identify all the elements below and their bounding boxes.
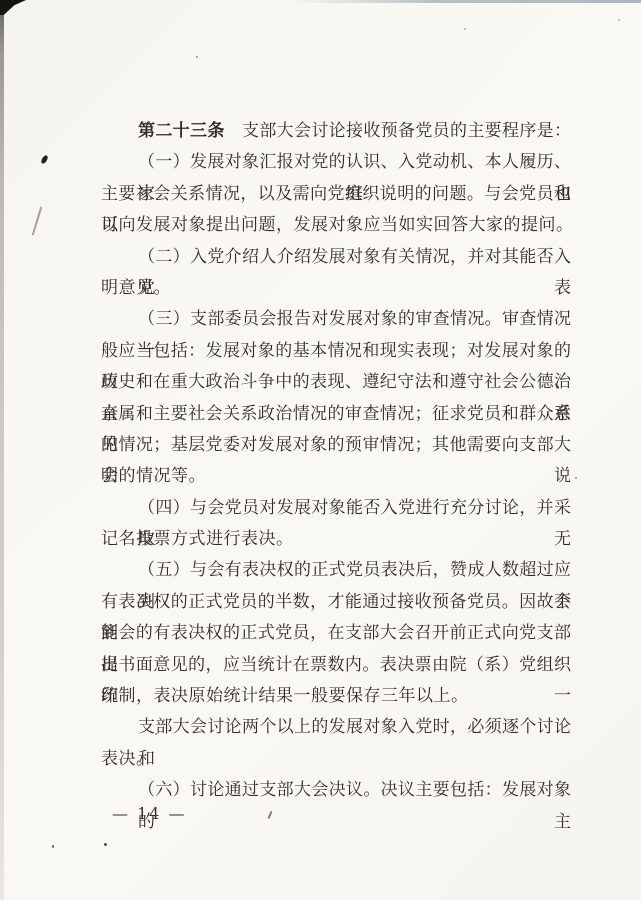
text-line-3: 主要社会关系情况，以及需向党组织说明的问题。与会党员也可 [101, 178, 571, 209]
text-line-content: 以向发展对象提出问题，发展对象应当如实回答大家的提问。 [101, 215, 574, 234]
text-line-content: 明意见。 [101, 278, 171, 297]
text-line-8: 般应当包括：发展对象的基本情况和现实表现；对发展对象的政治 [101, 335, 571, 366]
text-line-15: （五）与会有表决权的正式党员表决后，赞成人数超过应到会 [101, 554, 571, 585]
scanned-document-page: 第二十三条 支部大会讨论接收预备党员的主要程序是：（一）发展对象汇报对党的认识、… [0, 0, 641, 900]
text-line-1: 第二十三条 支部大会讨论接收预备党员的主要程序是： [101, 115, 571, 146]
text-line-9: 历史和在重大政治斗争中的表现、遵纪守法和遵守社会公德、直系 [101, 366, 571, 397]
text-line-content: 支部大会讨论接收预备党员的主要程序是： [225, 121, 571, 140]
scan-tick-mark [40, 154, 48, 164]
text-line-13: （四）与会党员对发展对象能否入党进行充分讨论，并采取无 [101, 492, 571, 523]
text-line-18: 出书面意见的，应当统计在票数内。表决票由院（系）党组织统一 [101, 649, 571, 680]
text-line-content: 明的情况等。 [101, 466, 206, 485]
scan-speck [464, 28, 466, 30]
text-line-10: 亲属和主要社会关系政治情况的审查情况；征求党员和群众意见 [101, 398, 571, 429]
text-line-content: 表决。 [101, 749, 154, 768]
text-line-11: 的情况；基层党委对发展对象的预审情况；其他需要向支部大会说 [101, 429, 571, 460]
text-line-17: 到会的有表决权的正式党员，在支部大会召开前正式向党支部提 [101, 617, 571, 648]
text-line-content: （六）讨论通过支部大会决议。决议主要包括：发展对象的主 [138, 780, 571, 830]
scan-speck [196, 56, 198, 58]
scan-corner-mark [0, 0, 26, 15]
scan-speck [618, 19, 620, 21]
text-line-16: 有表决权的正式党员的半数，才能通过接收预备党员。因故不能 [101, 586, 571, 617]
scan-left-edge-shadow [0, 0, 4, 900]
text-line-20: 支部大会讨论两个以上的发展对象入党时，必须逐个讨论和 [101, 711, 571, 742]
scan-speck [104, 843, 107, 846]
scan-slash-mark [32, 206, 43, 235]
page-number: — 14 — [112, 800, 187, 828]
text-line-4: 以向发展对象提出问题，发展对象应当如实回答大家的提问。 [101, 209, 571, 240]
text-line-content: （二）入党介绍人介绍发展对象有关情况，并对其能否入党表 [138, 247, 571, 297]
scan-top-edge-line [290, 0, 641, 3]
text-line-content: 记名投票方式进行表决。 [101, 529, 294, 548]
text-line-content: 印制，表决原始统计结果一般要保存三年以上。 [101, 686, 469, 705]
text-line-21: 表决。 [101, 743, 571, 774]
scan-speck [575, 477, 577, 479]
article-number-bold: 第二十三条 [138, 121, 225, 140]
text-line-2: （一）发展对象汇报对党的认识、入党动机、本人履历、家庭和 [101, 146, 571, 177]
text-line-5: （二）入党介绍人介绍发展对象有关情况，并对其能否入党表 [101, 241, 571, 272]
text-line-7: （三）支部委员会报告对发展对象的审查情况。审查情况一 [101, 303, 571, 334]
article-text-block: 第二十三条 支部大会讨论接收预备党员的主要程序是：（一）发展对象汇报对党的认识、… [101, 115, 571, 806]
scan-speck [52, 845, 54, 848]
